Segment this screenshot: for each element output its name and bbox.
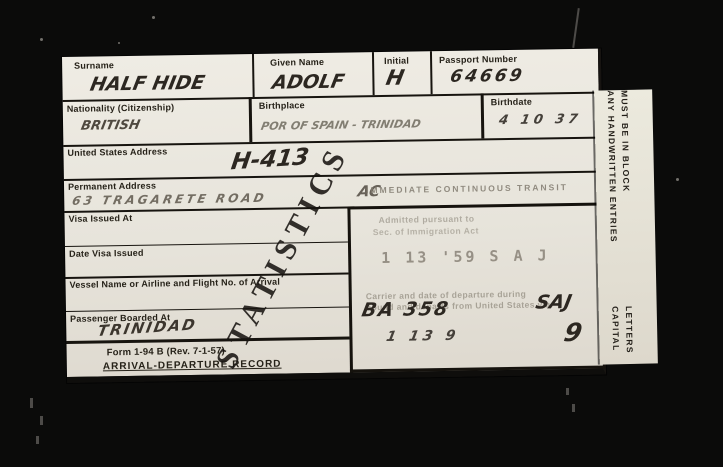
birthplace-value: POR OF SPAIN - TRINIDAD bbox=[260, 117, 422, 133]
i94-arrival-departure-card: Surname Given Name Initial Passport Numb… bbox=[62, 49, 606, 383]
visa-issued-at-label: Visa Issued At bbox=[68, 214, 132, 225]
date-handwritten: 1 13 9 bbox=[385, 328, 461, 345]
permanent-address-value: 63 TRAGARETE ROAD bbox=[71, 191, 268, 208]
nationality-value: BRITISH bbox=[80, 118, 142, 134]
stamp-faint-line1: Admitted pursuant to bbox=[379, 214, 475, 226]
surname-label: Surname bbox=[74, 61, 114, 72]
scan-noise bbox=[152, 16, 155, 19]
continuous-transit-stamp: IMMEDIATE CONTINUOUS TRANSIT bbox=[366, 182, 568, 195]
date-visa-issued-label: Date Visa Issued bbox=[69, 249, 144, 260]
birthplace-label: Birthplace bbox=[259, 101, 305, 112]
birthdate-value: 4 10 37 bbox=[498, 112, 583, 128]
surname-value: HALF HIDE bbox=[88, 72, 206, 96]
col-divider bbox=[249, 97, 253, 142]
col-divider bbox=[372, 52, 375, 95]
scan-noise bbox=[118, 42, 120, 44]
scan-scratch bbox=[572, 8, 580, 48]
flight-number-handwritten: BA 358 bbox=[360, 298, 452, 321]
col-divider bbox=[252, 54, 255, 97]
col-divider bbox=[430, 51, 433, 94]
record-title: ARRIVAL-DEPARTURE RECORD bbox=[103, 359, 282, 373]
scan-scratch bbox=[36, 436, 39, 444]
passport-number-value: 64669 bbox=[448, 66, 526, 87]
given-name-value: ADOLF bbox=[270, 71, 346, 94]
scan-scratch bbox=[30, 398, 33, 408]
col-divider bbox=[481, 93, 485, 138]
port-code-handwritten: SAJ bbox=[534, 291, 574, 314]
us-address-value: H-413 bbox=[229, 144, 310, 175]
permanent-address-label: Permanent Address bbox=[68, 182, 156, 193]
given-name-label: Given Name bbox=[270, 58, 324, 69]
stamp-date: 1 13 '59 S A J bbox=[381, 246, 550, 267]
nationality-label: Nationality (Citizenship) bbox=[67, 103, 175, 115]
number-handwritten: 9 bbox=[562, 318, 585, 347]
scan-scratch bbox=[40, 416, 43, 425]
scan-noise bbox=[676, 178, 679, 181]
row-divider bbox=[66, 307, 349, 312]
instruction-text: ANY HANDWRITTEN ENTRIES MUST BE IN BLOCK… bbox=[594, 90, 636, 365]
instruction-line1: ANY HANDWRITTEN ENTRIES MUST BE IN BLOCK bbox=[603, 90, 633, 245]
scanned-arrival-record: Surname Given Name Initial Passport Numb… bbox=[0, 0, 723, 467]
instruction-line2: CAPITAL LETTERS bbox=[606, 248, 636, 364]
stamp-faint-line2: Sec. of Immigration Act bbox=[373, 225, 479, 237]
handwritten-entries-instruction-strip: ANY HANDWRITTEN ENTRIES MUST BE IN BLOCK… bbox=[594, 89, 658, 364]
us-address-label: United States Address bbox=[67, 147, 167, 158]
scan-scratch bbox=[572, 404, 575, 412]
initial-value: H bbox=[384, 66, 406, 90]
passport-number-label: Passport Number bbox=[439, 55, 517, 66]
admission-stamp-box: Admitted pursuant to Sec. of Immigration… bbox=[347, 203, 606, 373]
birthdate-label: Birthdate bbox=[491, 98, 532, 109]
scan-noise bbox=[40, 38, 43, 41]
scan-scratch bbox=[566, 388, 569, 395]
